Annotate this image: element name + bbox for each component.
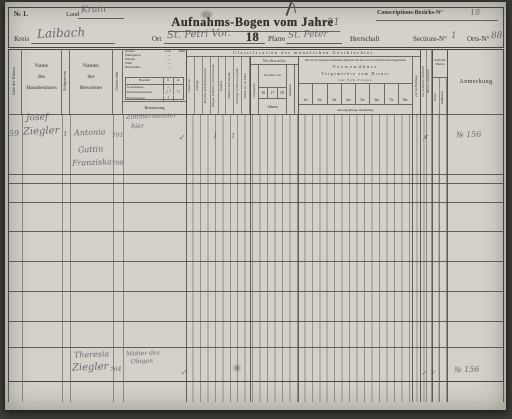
birthyear-label: Geburts-Jahr	[116, 72, 120, 91]
entry2-resident2: Ziegler	[72, 361, 109, 373]
verwendbare-footer: Anfangsjährige Abtheilung	[299, 104, 412, 114]
nachwuchs-agebox: Im Alter von 16 17 18 Jahren	[259, 65, 287, 114]
orts-label: Orts-N°	[467, 35, 489, 43]
grid-hline	[8, 347, 504, 348]
class-col: 5te	[355, 84, 369, 104]
col-header-birthyear: Geburts-Jahr	[113, 49, 123, 114]
grid-vline-major	[250, 114, 251, 402]
status-col: Geistliche	[187, 57, 195, 114]
party-label: Wohnparteien	[64, 71, 68, 91]
header-bottom-line	[8, 114, 504, 115]
col-header-owner: Name des Hausbesitzers	[22, 49, 62, 114]
class-col: 4te	[341, 84, 355, 104]
grid-vline-major	[432, 114, 433, 402]
entry-tally1: 1	[213, 132, 218, 140]
pfarre-underline	[286, 43, 342, 44]
class-col: 7te	[384, 84, 398, 104]
grid-vline	[22, 114, 23, 402]
class-col: 6te	[369, 84, 383, 104]
conscription-value: 18	[470, 8, 480, 17]
col-header-residents: Namen der Bewohner	[70, 49, 113, 114]
entry-resident3: Franziska	[72, 157, 112, 167]
verwendbare-title: Verwendbare	[299, 63, 412, 70]
grid-vline-major	[186, 114, 187, 402]
entry-tally2: 1	[231, 132, 236, 140]
class-columns: 1te 2te 3te 4te 5te 6te 7te 8te	[299, 84, 412, 104]
tax-row-label: Hausklassensteuer	[126, 91, 163, 95]
entry2-resident1: Theresia	[74, 349, 110, 359]
scanned-census-form-photo: { "header": { "no": "№ 1.", "land_label"…	[0, 0, 512, 419]
status-col: Söhne bis 14 Jahre	[242, 57, 250, 114]
grid-vline	[439, 114, 440, 402]
ort-underline	[164, 43, 265, 44]
entry-resident1: Antonia	[74, 127, 106, 137]
status-col: Adelige	[195, 57, 203, 114]
col-header-house-number: Zahl der Häuser	[8, 49, 22, 114]
owner-label-line3: Hausbesitzers	[22, 83, 61, 94]
entry-resident3-year: 798	[112, 160, 124, 167]
ink-smudge	[201, 11, 212, 18]
taxbox-header: Bestand	[126, 79, 163, 83]
land-underline	[78, 18, 124, 19]
grid-vline	[426, 114, 427, 402]
status-col: Häusler und Inleute	[226, 57, 234, 114]
verwendbare-band: zur Fuß-Truppe	[299, 77, 412, 84]
classification-title: Classification des männlichen Geschlecht…	[233, 50, 374, 55]
entry-class-mark: ✗	[422, 134, 428, 142]
entry-remark: № 156	[456, 130, 482, 140]
grid-vline	[62, 114, 63, 402]
grid-hline	[8, 261, 504, 262]
entry2-note-line2: Obigen	[131, 358, 153, 366]
class-col: 2te	[312, 84, 326, 104]
pencil-smudge	[234, 365, 240, 371]
verwendbare-subtitle: Vorgemerkte zum Dienst	[299, 70, 412, 77]
age-18: 18	[277, 88, 286, 98]
sections-value: 1	[451, 31, 457, 41]
entry-resident1-year: 791	[112, 132, 124, 139]
form-number: № 1.	[14, 10, 28, 18]
entry2-remark: № 156	[454, 365, 480, 375]
status-col: Bauern	[219, 57, 227, 114]
residents-label-line3: Bewohner	[70, 83, 112, 94]
verwendbare-group: Die bei der heurigen Aufnahme gänzlich u…	[298, 57, 412, 114]
remark-column-header: Anmerkung	[447, 49, 504, 114]
entry-owner-first: Josef	[26, 113, 49, 124]
landbox-rows: AeckerJoch1868 Weingärten— Wiesen— Wald—…	[123, 49, 186, 70]
status-col: Bürger, Künstler, Gewerbsleute	[211, 57, 219, 114]
conscription-underline	[376, 20, 498, 21]
grid-vline-major	[298, 114, 299, 402]
grid-hline	[8, 321, 504, 322]
grid-hline	[8, 202, 504, 203]
orts-value: 88	[491, 31, 503, 41]
taxbox: Bestandfl.kr. Grundsteuer— Hausklassenst…	[125, 77, 184, 100]
horses-group: Zahl der Pferde Stuten Wallachen	[432, 49, 447, 114]
landbox: AeckerJoch1868 Weingärten— Wiesen— Wald—…	[123, 49, 186, 114]
horse-col-wallachen: Wallachen	[440, 78, 447, 114]
land-value: Krain	[81, 5, 106, 16]
ort-value: St. Petri Vor.	[167, 28, 231, 41]
entry2-mark2: ✓	[430, 369, 436, 377]
herrschaft-label: Herrschaft	[350, 35, 380, 43]
grid-vline	[123, 114, 124, 402]
col-header-party: Wohnparteien	[62, 49, 70, 114]
age-unit: Jahren	[259, 99, 286, 114]
remark-label: Anmerkung	[459, 79, 492, 85]
owner-label-line1: Name	[22, 61, 61, 72]
sea-column: Zur See Befähigte	[412, 57, 420, 114]
nachwuchs-left-col: Untaugliche	[251, 65, 259, 114]
land-label: Land	[66, 11, 79, 18]
grid-vline-stub	[503, 382, 504, 402]
grid-vline-major	[420, 114, 421, 402]
class-col: 3te	[327, 84, 341, 104]
entry2-note-line1: Mutter des	[126, 349, 160, 357]
kreis-value: Laibach	[37, 25, 86, 41]
grid-hline	[8, 291, 504, 292]
class-col: 8te	[398, 84, 412, 104]
entry2-year: 764	[110, 366, 122, 373]
tax-row-label: Grundsteuer	[126, 86, 163, 90]
document-page: № 1. Land Krain Aufnahms-Bogen vom Jahre…	[5, 2, 506, 410]
grid-hline	[8, 174, 504, 175]
entry-party: 1	[63, 130, 68, 138]
entry2-check: ✓	[180, 368, 187, 377]
entry-owner-last: Ziegler	[23, 125, 60, 137]
pfarre-value: St. Peter	[288, 29, 328, 40]
conscription-label: Conscriptions-Bezirks-N°	[377, 10, 443, 16]
horse-col-stuten: Stuten	[433, 78, 440, 114]
sections-label: Sections-N°	[413, 35, 447, 43]
entry-checkmark: ✓	[178, 133, 185, 142]
grid-vline	[70, 114, 71, 402]
residents-label-line1: Namen	[70, 61, 112, 72]
grid-vline-stub	[8, 382, 9, 402]
form-title-year: 21	[327, 17, 340, 28]
entry-occupation-line2: hier	[131, 122, 145, 130]
tax-row-label: Erwerbsteuer	[126, 97, 163, 101]
pfarre-label: Pfarre	[268, 35, 285, 43]
horses-title: Zahl der Pferde	[433, 49, 447, 77]
nachwuchs-title: Nachwuchs	[251, 57, 298, 65]
classification-title-band: Classification des männlichen Geschlecht…	[186, 49, 420, 57]
status-columns: Geistliche Adelige Beamte und Honoratior…	[186, 57, 250, 114]
status-col: Sonstige Schutzverwandte	[234, 57, 242, 114]
nachwuchs-group: Nachwuchs Untaugliche Im Alter von 16 17…	[250, 57, 298, 114]
grid-hline	[8, 183, 504, 184]
entry2-mark1: ✓	[421, 369, 427, 377]
grid-hline	[8, 231, 504, 232]
class-col: 1te	[299, 84, 312, 104]
status-col: Beamte und Honoratioren	[203, 57, 211, 114]
kreis-label: Kreis	[14, 35, 29, 43]
residents-label-line2: der	[70, 72, 112, 83]
age-16: 16	[259, 88, 267, 98]
house-number-label: Zahl der Häuser	[12, 67, 16, 95]
owner-label-line2: des	[22, 72, 61, 83]
narrow-grid-lines	[186, 114, 447, 402]
entry-resident2: Gattin	[78, 145, 104, 155]
kreis-underline	[31, 43, 115, 44]
ort-label: Ort	[152, 35, 161, 43]
grid-vline-major	[447, 114, 448, 402]
grid-vline-major	[412, 114, 413, 402]
entry-house-number: 59	[9, 129, 19, 138]
age-17: 17	[267, 88, 276, 98]
female-columns: Das weibliche Geschlecht Hievon vereheli…	[420, 49, 432, 114]
nachwuchs-right-col: Mannbare	[287, 65, 295, 114]
landbox-row-label: Hutweiden	[125, 66, 156, 70]
grid-vline	[113, 114, 114, 402]
